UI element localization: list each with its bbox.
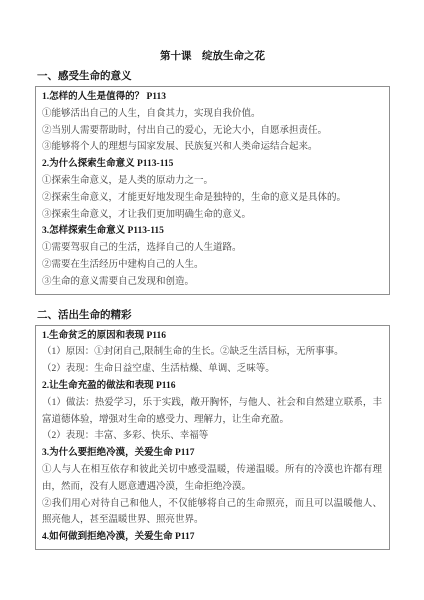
answer-line: ①能够活出自己的人生，自食其力，实现自我价值。: [42, 106, 382, 123]
section-heading: 二、活出生命的精彩: [37, 309, 390, 322]
answer-line: （1）做法：热爱学习，乐于实践，敞开胸怀，与他人、社会和自然建立联系，丰富道德体…: [42, 395, 382, 429]
answer-line: ③能够将个人的理想与国家发展、民族复兴和人类命运结合起来。: [42, 139, 382, 156]
answer-line: ②当别人需要帮助时，付出自己的爱心，无论大小，自愿承担责任。: [42, 123, 382, 140]
section: 一、感受生命的意义1.怎样的人生是值得的？ P113①能够活出自己的人生，自食其…: [35, 70, 390, 295]
answer-line: ①人与人在相互依存和彼此关切中感受温暖，传递温暖。所有的冷漠也许都有理由，然而，…: [42, 462, 382, 496]
notes-box: 1.怎样的人生是值得的？ P113①能够活出自己的人生，自食其力，实现自我价值。…: [35, 86, 390, 295]
sections: 一、感受生命的意义1.怎样的人生是值得的？ P113①能够活出自己的人生，自食其…: [35, 70, 390, 550]
answer-line: ②我们用心对待自己和他人，不仅能够将自己的生命照亮，而且可以温暖他人、照亮他人，…: [42, 496, 382, 530]
answer-line: （2）表现：生命日益空虚、生活枯燥、单调、乏味等。: [42, 361, 382, 378]
answer-line: ③探索生命意义，才让我们更加明确生命的意义。: [42, 207, 382, 224]
section-heading: 一、感受生命的意义: [37, 70, 390, 83]
notes-box: 1.生命贫乏的原因和表现 P116（1）原因：①封闭自己,限制生命的生长。②缺乏…: [35, 325, 390, 550]
question-line: 2.让生命充盈的做法和表现 P116: [42, 378, 382, 395]
question-line: 1.怎样的人生是值得的？ P113: [42, 89, 382, 106]
answer-line: ①需要驾驭自己的生活，选择自己的人生道路。: [42, 240, 382, 257]
question-line: 3.为什么要拒绝冷漠，关爱生命 P117: [42, 445, 382, 462]
question-line: 3.怎样探索生命意义 P113-115: [42, 223, 382, 240]
answer-line: ①探索生命意义，是人类的原动力之一。: [42, 173, 382, 190]
document-title: 第十课 绽放生命之花: [35, 50, 390, 63]
answer-line: （1）原因：①封闭自己,限制生命的生长。②缺乏生活目标，无所事事。: [42, 344, 382, 361]
answer-line: ②需要在生活经历中建构自己的人生。: [42, 257, 382, 274]
answer-line: ②探索生命意义，才能更好地发现生命是独特的，生命的意义是具体的。: [42, 190, 382, 207]
section: 二、活出生命的精彩1.生命贫乏的原因和表现 P116（1）原因：①封闭自己,限制…: [35, 309, 390, 550]
document-page: 第十课 绽放生命之花 一、感受生命的意义1.怎样的人生是值得的？ P113①能够…: [0, 0, 424, 600]
answer-line: （2）表现：丰富、多彩、快乐、幸福等: [42, 428, 382, 445]
question-line: 1.生命贫乏的原因和表现 P116: [42, 328, 382, 345]
answer-line: ③生命的意义需要自己发现和创造。: [42, 274, 382, 291]
question-line: 4.如何做到拒绝冷漠，关爱生命 P117: [42, 529, 382, 546]
question-line: 2.为什么探索生命意义 P113-115: [42, 156, 382, 173]
